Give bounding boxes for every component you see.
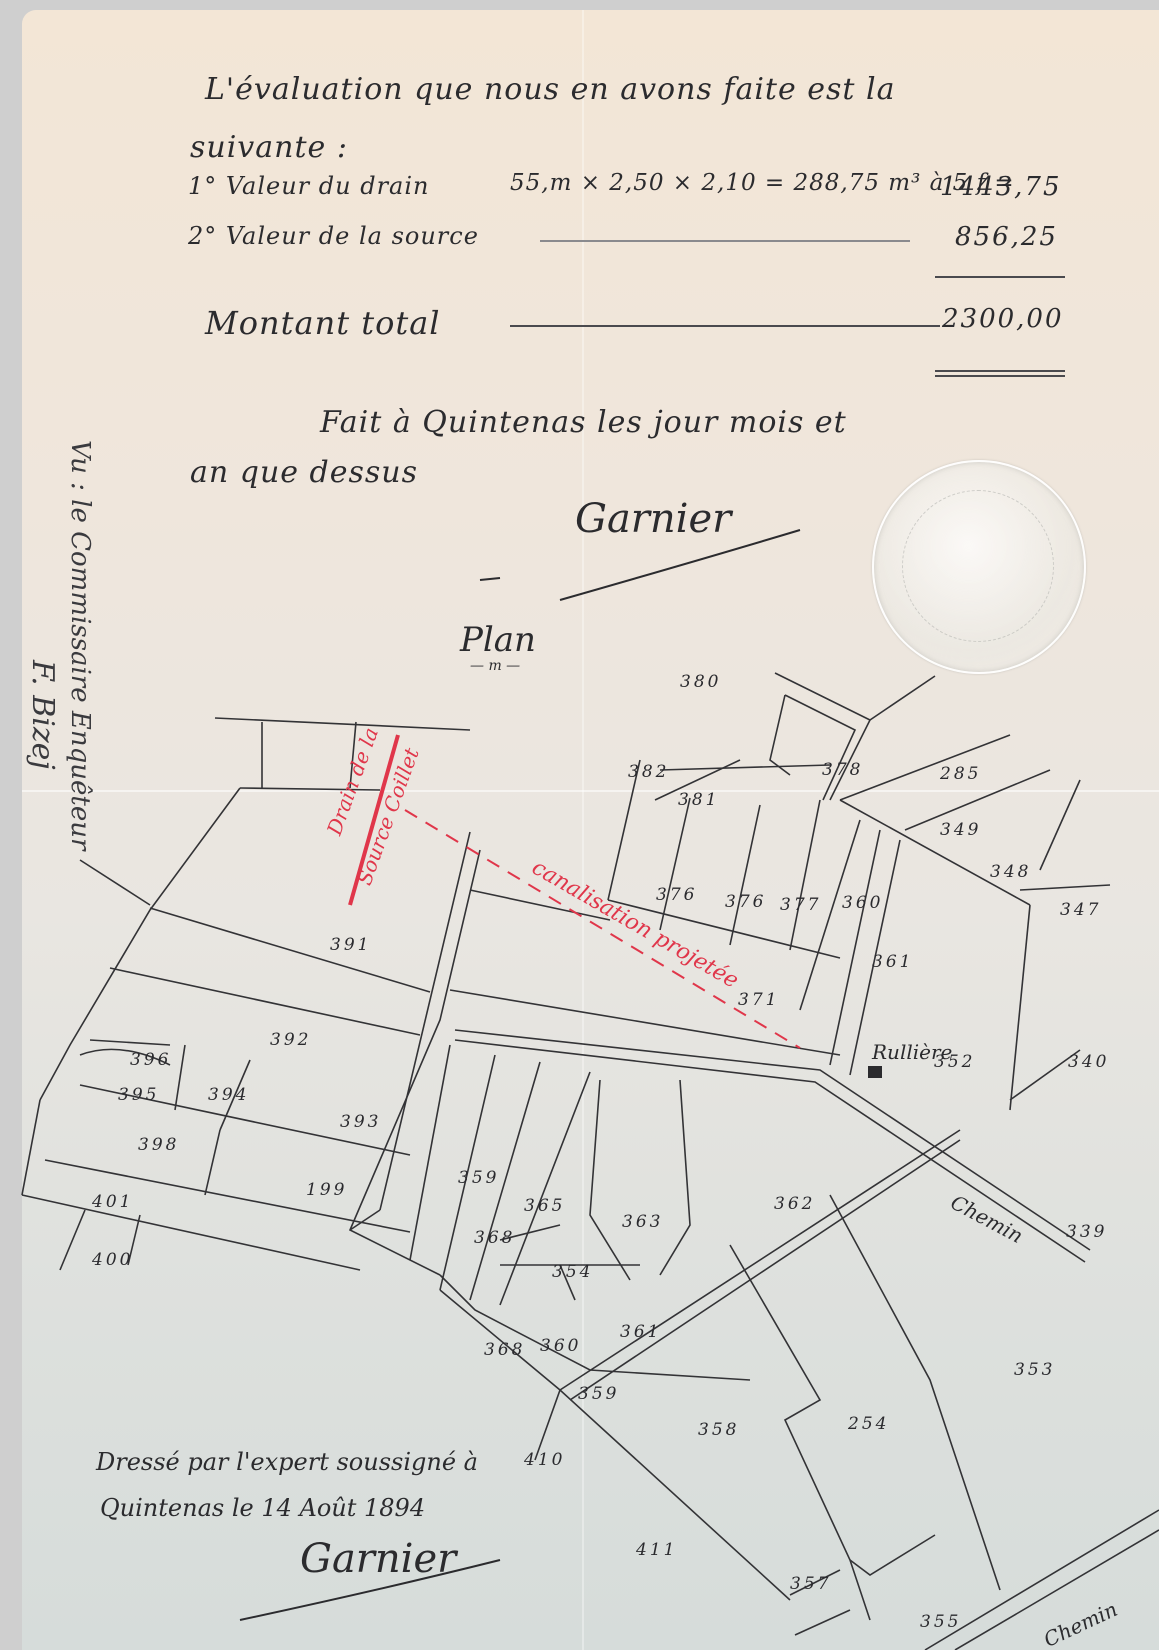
parcel-number: 400: [92, 1250, 133, 1270]
signature-garnier-bottom: Garnier: [300, 1536, 456, 1582]
parcel-number: 348: [990, 862, 1031, 882]
parcel-number: 357: [790, 1574, 831, 1594]
parcel-number: 360: [540, 1336, 581, 1356]
parcel-number: 376: [725, 892, 766, 912]
parcel-number: 199: [306, 1180, 347, 1200]
parcel-number: 359: [458, 1168, 499, 1188]
parcel-number: 363: [622, 1212, 663, 1232]
parcel-number: 380: [680, 672, 721, 692]
parcel-number: 382: [628, 762, 669, 782]
parcel-number: 354: [552, 1262, 593, 1282]
parcel-number: 365: [524, 1196, 565, 1216]
parcel-number: 401: [92, 1192, 133, 1212]
parcel-number: 347: [1060, 900, 1101, 920]
parcel-number: 393: [340, 1112, 381, 1132]
footer-line-1: Dressé par l'expert soussigné à: [96, 1448, 478, 1476]
parcel-number: 368: [474, 1228, 515, 1248]
parcel-number: 410: [524, 1450, 565, 1470]
parcel-number: 411: [636, 1540, 677, 1560]
parcel-number: 392: [270, 1030, 311, 1050]
parcel-number: 396: [130, 1050, 171, 1070]
parcel-number: 394: [208, 1085, 249, 1105]
parcel-number: 381: [678, 790, 719, 810]
parcel-number: 378: [822, 760, 863, 780]
parcel-number: 371: [738, 990, 779, 1010]
parcel-number: 376: [656, 885, 697, 905]
house-label: Rullière: [872, 1040, 952, 1064]
parcel-number: 340: [1068, 1052, 1109, 1072]
parcel-number: 368: [484, 1340, 525, 1360]
parcel-number: 339: [1066, 1222, 1107, 1242]
parcel-number: 361: [620, 1322, 661, 1342]
parcel-number: 285: [940, 764, 981, 784]
parcel-number: 353: [1014, 1360, 1055, 1380]
parcel-number: 361: [872, 952, 913, 972]
parcel-number: 358: [698, 1420, 739, 1440]
parcel-number: 377: [780, 895, 821, 915]
parcel-number: 398: [138, 1135, 179, 1155]
parcel-number: 254: [848, 1414, 889, 1434]
parcel-number: 362: [774, 1194, 815, 1214]
canalisation-dashed-line: [405, 810, 800, 1048]
parcel-number: 349: [940, 820, 981, 840]
parcel-number: 359: [578, 1384, 619, 1404]
parcel-number: 360: [842, 893, 883, 913]
footer-line-2: Quintenas le 14 Août 1894: [100, 1494, 425, 1522]
parcel-number: 391: [330, 935, 371, 955]
parcel-number: 355: [920, 1612, 961, 1632]
house-icon: [868, 1066, 882, 1078]
parcel-number: 395: [118, 1085, 159, 1105]
